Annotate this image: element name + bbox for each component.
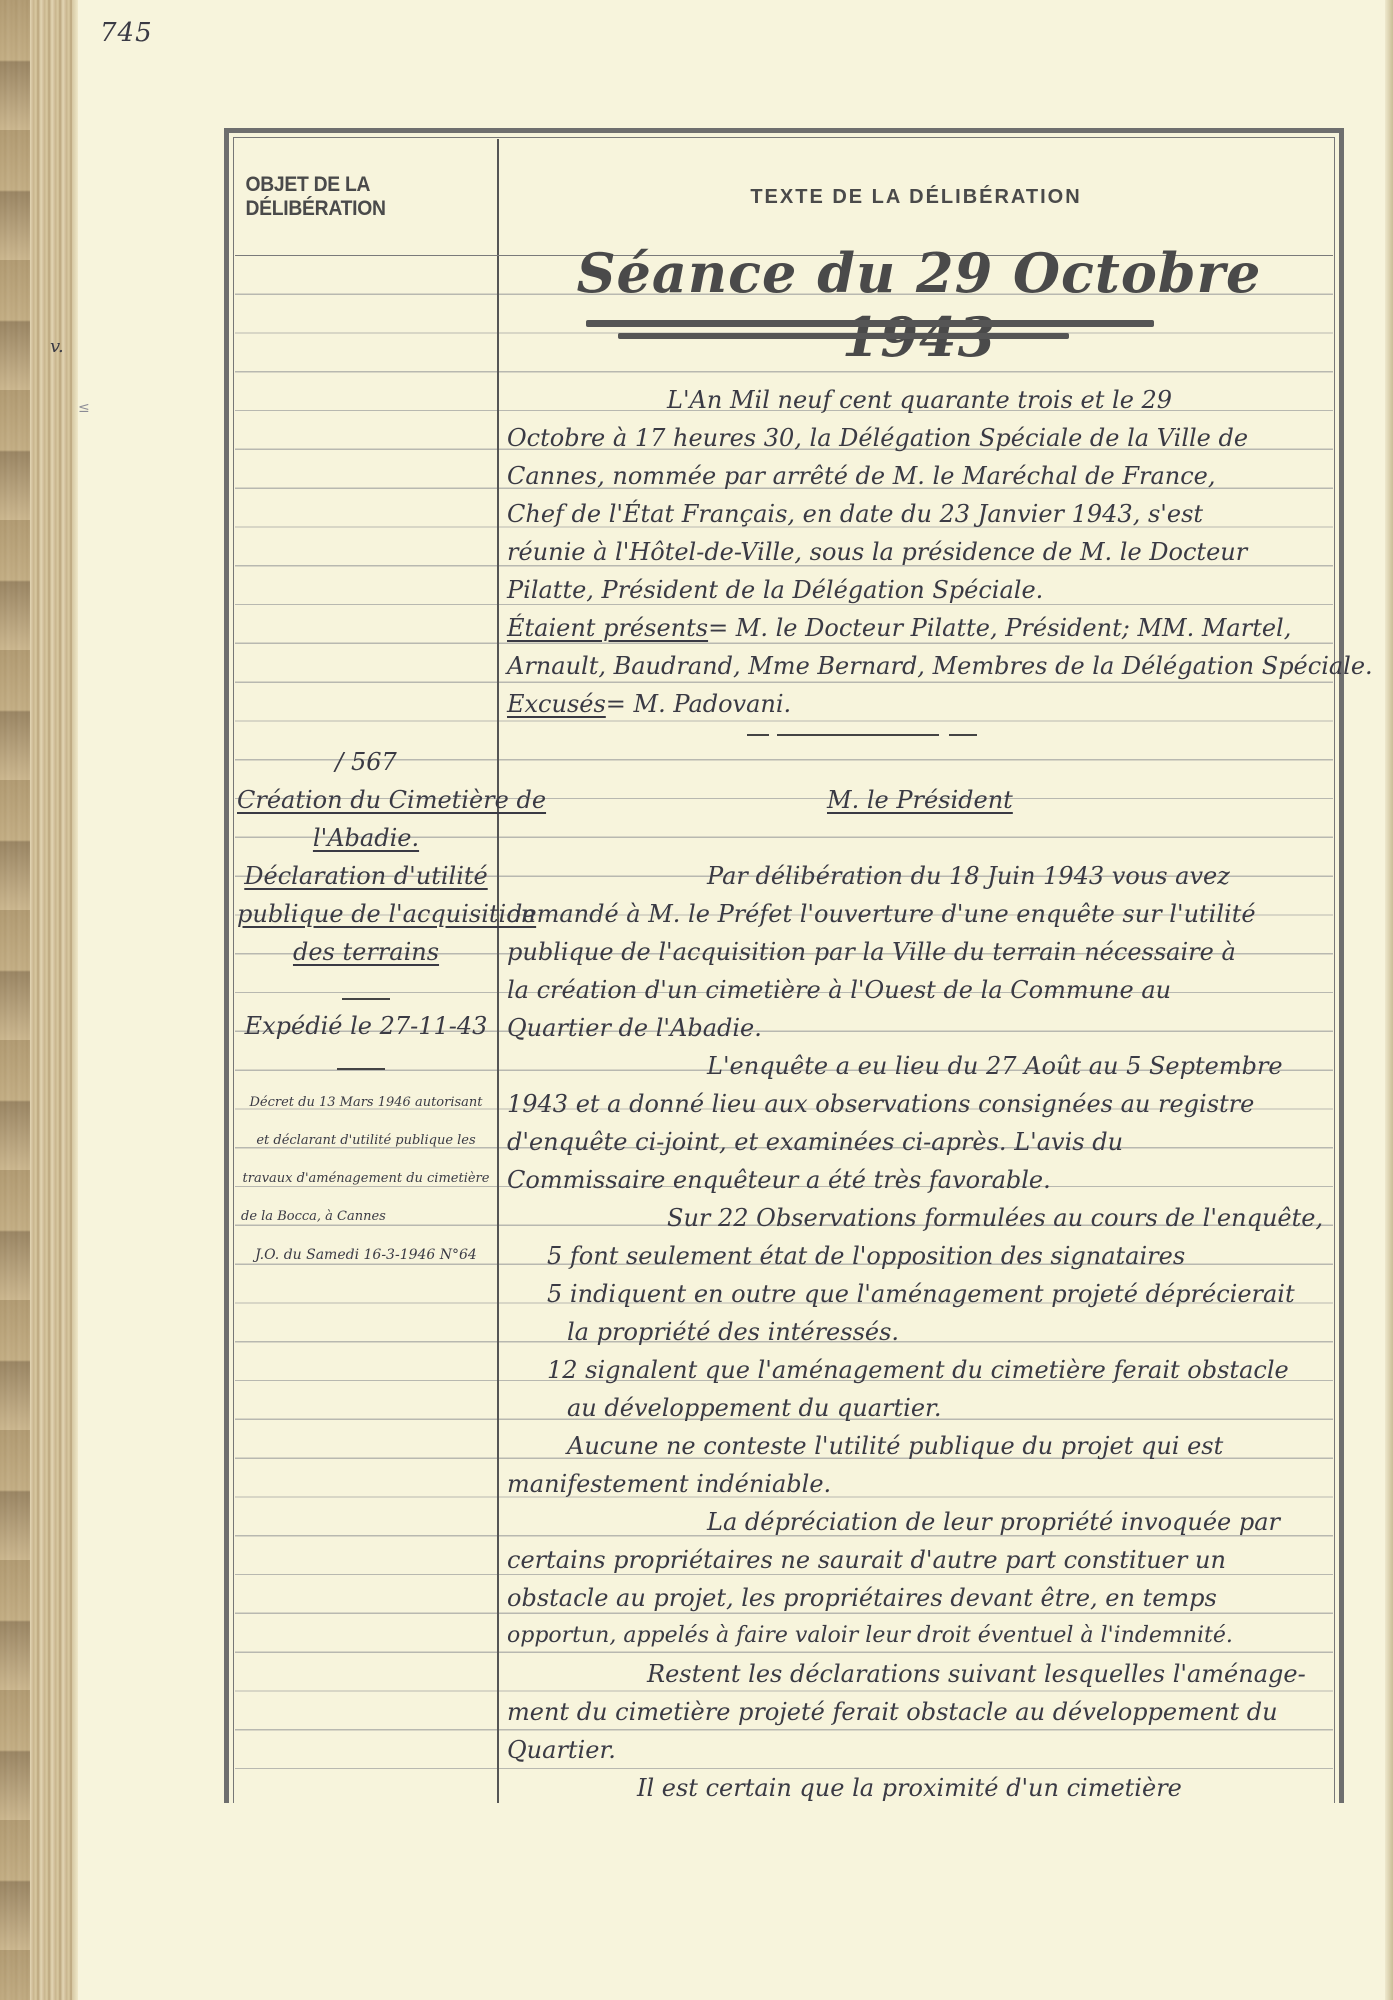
body-line: d'enquête ci-joint, et examinées ci-aprè…: [507, 1127, 1123, 1157]
preamble-line: Cannes, nommée par arrêté de M. le Maréc…: [507, 461, 1216, 491]
objet-line: des terrains: [237, 937, 495, 967]
header-texte: TEXTE DE LA DÉLIBÉRATION: [499, 139, 1333, 255]
objet-line: l'Abadie.: [237, 823, 495, 853]
deliberation-number: / 567: [237, 747, 495, 777]
separator: [777, 734, 939, 736]
preamble-line: L'An Mil neuf cent quarante trois et le …: [667, 385, 1172, 415]
excuses-line: Excusés= M. Padovani.: [507, 689, 791, 719]
presents-list: = M. le Docteur Pilatte, Président; MM. …: [708, 614, 1291, 642]
header-objet: OBJET DE LA DÉLIBÉRATION: [245, 139, 486, 255]
folio-number: 745: [100, 18, 153, 48]
expedie-date: Expédié le 27-11-43: [237, 1011, 495, 1041]
body-line: obstacle au projet, les propriétaires de…: [507, 1583, 1217, 1613]
separator: [747, 734, 769, 736]
body-line: Par délibération du 18 Juin 1943 vous av…: [707, 861, 1230, 891]
body-line: demandé à M. le Préfet l'ouverture d'une…: [507, 899, 1256, 929]
body-line: La dépréciation de leur propriété invoqu…: [707, 1507, 1280, 1537]
page-right-edge: [1385, 0, 1393, 2000]
short-divider: [342, 998, 390, 1000]
body-line: Aucune ne conteste l'utilité publique du…: [567, 1431, 1223, 1461]
body-line: certains propriétaires ne saurait d'autr…: [507, 1545, 1226, 1575]
seance-title: Séance du 29 Octobre 1943: [519, 241, 1319, 369]
body-line: publique de l'acquisition par la Ville d…: [507, 937, 1236, 967]
decret-note: de la Bocca, à Cannes: [241, 1202, 499, 1232]
excuses-list: = M. Padovani.: [606, 690, 791, 718]
body-line: Il est certain que la proximité d'un cim…: [637, 1773, 1182, 1803]
body-line: opportun, appelés à faire valoir leur dr…: [507, 1621, 1233, 1651]
objet-line: Création du Cimetière de: [237, 785, 495, 815]
presents-line: Étaient présents= M. le Docteur Pilatte,…: [507, 613, 1291, 643]
decret-note: Décret du 13 Mars 1946 autorisant: [237, 1088, 495, 1118]
page-edge: [72, 0, 78, 2000]
objet-line: Déclaration d'utilité: [237, 861, 495, 891]
book-binding: [0, 0, 78, 2000]
body-line: Restent les déclarations suivant lesquel…: [647, 1659, 1306, 1689]
decret-note: travaux d'aménagement du cimetière: [237, 1164, 495, 1194]
journal-officiel-ref: J.O. du Samedi 16-3-1946 N°64: [237, 1240, 495, 1270]
body-line: ment du cimetière projeté ferait obstacl…: [507, 1697, 1278, 1727]
decret-note: et déclarant d'utilité publique les: [237, 1126, 495, 1156]
title-underline-secondary: [618, 333, 1069, 339]
presents-line-2: Arnault, Baudrand, Mme Bernard, Membres …: [507, 651, 1373, 681]
body-line: L'enquête a eu lieu du 27 Août au 5 Sept…: [707, 1051, 1283, 1081]
body-line: Quartier.: [507, 1735, 616, 1765]
title-underline: [586, 320, 1154, 327]
excuses-label: Excusés: [507, 690, 606, 718]
objet-line: publique de l'acquisition: [237, 899, 495, 929]
body-line: 1943 et a donné lieu aux observations co…: [507, 1089, 1254, 1119]
preamble-line: Chef de l'État Français, en date du 23 J…: [507, 499, 1203, 529]
deliberation-register-table: OBJET DE LA DÉLIBÉRATION TEXTE DE LA DÉL…: [224, 128, 1344, 1803]
margin-mark: v.: [50, 336, 64, 357]
body-line: 12 signalent que l'aménagement du cimeti…: [547, 1355, 1289, 1385]
preamble-line: Pilatte, Président de la Délégation Spéc…: [507, 575, 1043, 605]
body-line: manifestement indéniable.: [507, 1469, 831, 1499]
presents-label: Étaient présents: [507, 614, 708, 642]
body-line: Sur 22 Observations formulées au cours d…: [667, 1203, 1323, 1233]
speaker-heading: M. le Président: [827, 785, 1013, 815]
body-line: 5 font seulement état de l'opposition de…: [547, 1241, 1185, 1271]
preamble-line: Octobre à 17 heures 30, la Délégation Sp…: [507, 423, 1248, 453]
body-line: Commissaire enquêteur a été très favorab…: [507, 1165, 1051, 1195]
body-line: au développement du quartier.: [567, 1393, 942, 1423]
header-texte-label: TEXTE DE LA DÉLIBÉRATION: [750, 186, 1081, 209]
margin-mark-secondary: ≤: [78, 400, 90, 416]
page-stack-edges: [0, 0, 30, 2000]
preamble-line: réunie à l'Hôtel-de-Ville, sous la prési…: [507, 537, 1247, 567]
body-line: la propriété des intéressés.: [567, 1317, 899, 1347]
header-objet-label: OBJET DE LA DÉLIBÉRATION: [245, 173, 486, 221]
short-divider: [337, 1068, 385, 1070]
separator: [949, 734, 977, 736]
column-divider: [497, 139, 499, 1803]
body-line: Quartier de l'Abadie.: [507, 1013, 762, 1043]
body-line: la création d'un cimetière à l'Ouest de …: [507, 975, 1171, 1005]
body-line: 5 indiquent en outre que l'aménagement p…: [547, 1279, 1295, 1309]
